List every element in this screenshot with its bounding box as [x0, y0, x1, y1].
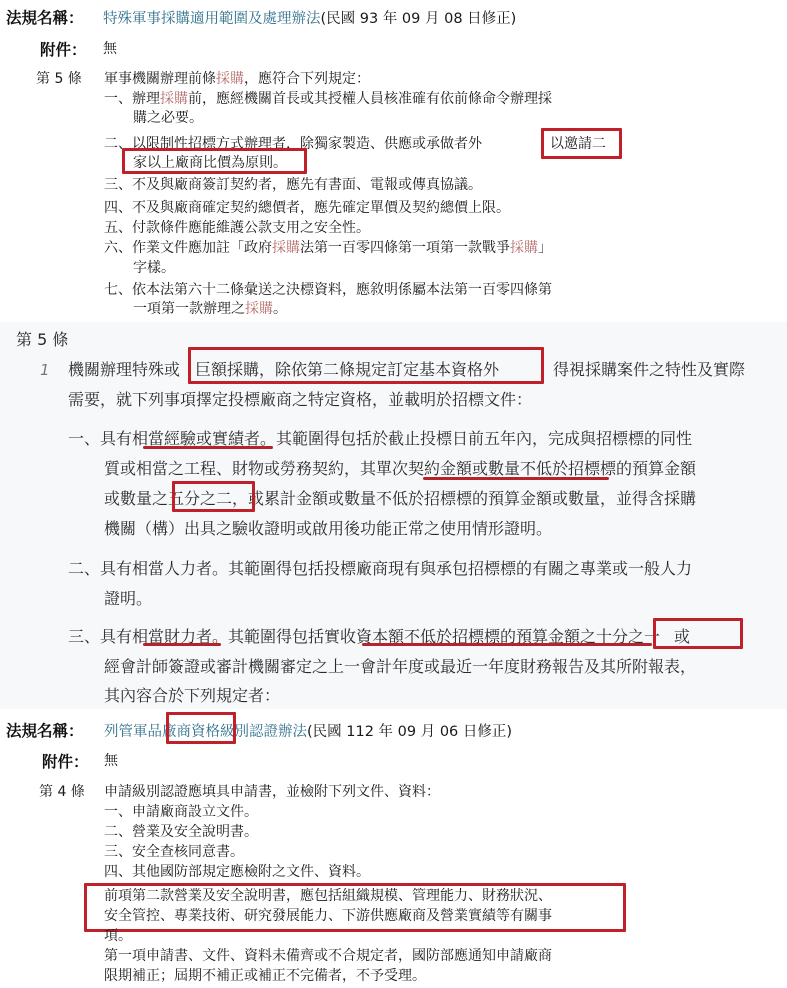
list-item-cont: 一項第一款辦理之採購。 — [133, 300, 287, 318]
article-label: 第 5 條 — [36, 70, 82, 88]
list-item: 四、不及與廠商確定契約總價者，應先確定單價及契約總價上限。 — [104, 199, 510, 217]
keyword-procurement: 採購 — [245, 301, 273, 317]
regulation-date: (民國 112 年 09 月 06 日修正) — [307, 724, 512, 740]
paragraph-text: 項。 — [104, 927, 132, 945]
section-procurement-act-article-5 — [0, 322, 787, 709]
regulation-title-row: 列管軍品廠商資格級別認證辦法(民國 112 年 09 月 06 日修正) — [104, 720, 512, 741]
list-item: 一、具有相當經驗或實績者。其範圍得包括於截止投標日前五年內，完成與招標標的同性 — [68, 429, 692, 449]
paragraph-text: 第一項申請書、文件、資料未備齊或不合規定者，國防部應通知申請廠商 — [104, 947, 552, 965]
list-item: 二、具有相當人力者。其範圍得包括投標廠商現有與承包招標標的有關之專業或一般人力 — [68, 559, 692, 579]
list-item: 一、申請廠商設立文件。 — [104, 803, 258, 821]
keyword-procurement: 採購 — [510, 240, 538, 256]
paragraph-text: 前項第二款營業及安全說明書，應包括組織規模、管理能力、財務狀況、 — [104, 887, 552, 905]
list-item: 二、營業及安全說明書。 — [104, 823, 258, 841]
list-item: 二、以限制性招標方式辦理者，除獨家製造、供應或承做者外 — [104, 135, 482, 153]
regulation-name-link[interactable]: 列管軍品廠商資格級別認證辦法 — [104, 724, 307, 740]
list-item: 三、不及與廠商簽訂契約者，應先有書面、電報或傳真協議。 — [104, 176, 482, 194]
attachment-value: 無 — [104, 752, 118, 770]
keyword-procurement: 採購 — [216, 71, 244, 87]
list-item-cont: 其內容合於下列規定者： — [104, 686, 280, 706]
list-item-cont: 機關（構）出具之驗收證明或啟用後功能正常之使用情形證明。 — [104, 519, 552, 539]
list-item-cont: 證明。 — [104, 589, 152, 609]
regulation-name-link[interactable]: 特殊軍事採購適用範圍及處理辦法 — [103, 11, 321, 27]
article-intro: 申請級別認證應填具申請書，並檢附下列文件、資料： — [104, 783, 440, 801]
attachment-label: 附件： — [40, 38, 87, 60]
paragraph-text: 機關辦理特殊或 — [68, 360, 180, 380]
boxed-text: 巨額採購，除依第二條規定訂定基本資格外 — [195, 360, 499, 380]
boxed-text: 家以上廠商比價為原則。 — [133, 154, 287, 172]
regulation-name-label: 法規名稱： — [6, 719, 84, 741]
paragraph-text: 需要，就下列事項擇定投標廠商之特定資格，並載明於招標文件： — [68, 390, 532, 410]
list-item-cont: 或數量之五分之二，或累計金額或數量不低於招標標的預算金額或數量，並得含採購 — [104, 489, 696, 509]
boxed-text: 十分之一 — [596, 627, 660, 646]
list-item-cont: 購之必要。 — [133, 109, 203, 127]
keyword-procurement: 採購 — [272, 240, 300, 256]
list-item: 三、安全查核同意書。 — [104, 843, 244, 861]
regulation-title-row: 特殊軍事採購適用範圍及處理辦法(民國 93 年 09 月 08 日修正) — [103, 7, 516, 28]
list-item: 三、具有相當財力者。其範圍得包括實收資本額不低於招標標的預算金額之十分之一或 — [68, 627, 690, 647]
paragraph-text: 得視採購案件之特性及實際 — [553, 360, 745, 380]
list-item-cont: 字樣。 — [133, 259, 175, 277]
attachment-label: 附件： — [42, 750, 89, 772]
list-item-cont: 質或相當之工程、財物或勞務契約，其單次契約金額或數量不低於招標標的預算金額 — [104, 459, 696, 479]
list-item: 一、辦理採購前，應經機關首長或其授權人員核准確有依前條命令辦理採 — [104, 90, 552, 108]
paragraph-text: 安全管控、專業技術、研究發展能力、下游供應廠商及營業實績等有關事 — [104, 907, 552, 925]
article-label: 第 5 條 — [16, 330, 68, 350]
list-item-cont: 經會計師簽證或審計機關審定之上一會計年度或最近一年度財務報告及其所附報表， — [104, 657, 696, 677]
article-intro: 軍事機關辦理前條採購，應符合下列規定： — [104, 70, 370, 88]
attachment-value: 無 — [103, 40, 117, 58]
list-item: 七、依本法第六十二條彙送之決標資料，應敘明係屬本法第一百零四條第 — [104, 281, 552, 299]
list-item: 六、作業文件應加註「政府採購法第一百零四條第一項第一款戰爭採購」 — [104, 239, 552, 257]
paragraph-text: 限期補正；屆期不補正或補正不完備者，不予受理。 — [104, 967, 426, 985]
article-label: 第 4 條 — [39, 783, 85, 801]
boxed-text: 以邀請二 — [550, 135, 606, 153]
boxed-text: 五分之二 — [168, 489, 232, 508]
paragraph-number: 1 — [40, 361, 50, 379]
regulation-date: (民國 93 年 09 月 08 日修正) — [321, 11, 517, 27]
keyword-procurement: 採購 — [160, 91, 188, 107]
list-item: 五、付款條件應能維護公款支用之安全性。 — [104, 219, 370, 237]
regulation-name-label: 法規名稱： — [6, 6, 84, 28]
list-item: 四、其他國防部規定應檢附之文件、資料。 — [104, 863, 370, 881]
